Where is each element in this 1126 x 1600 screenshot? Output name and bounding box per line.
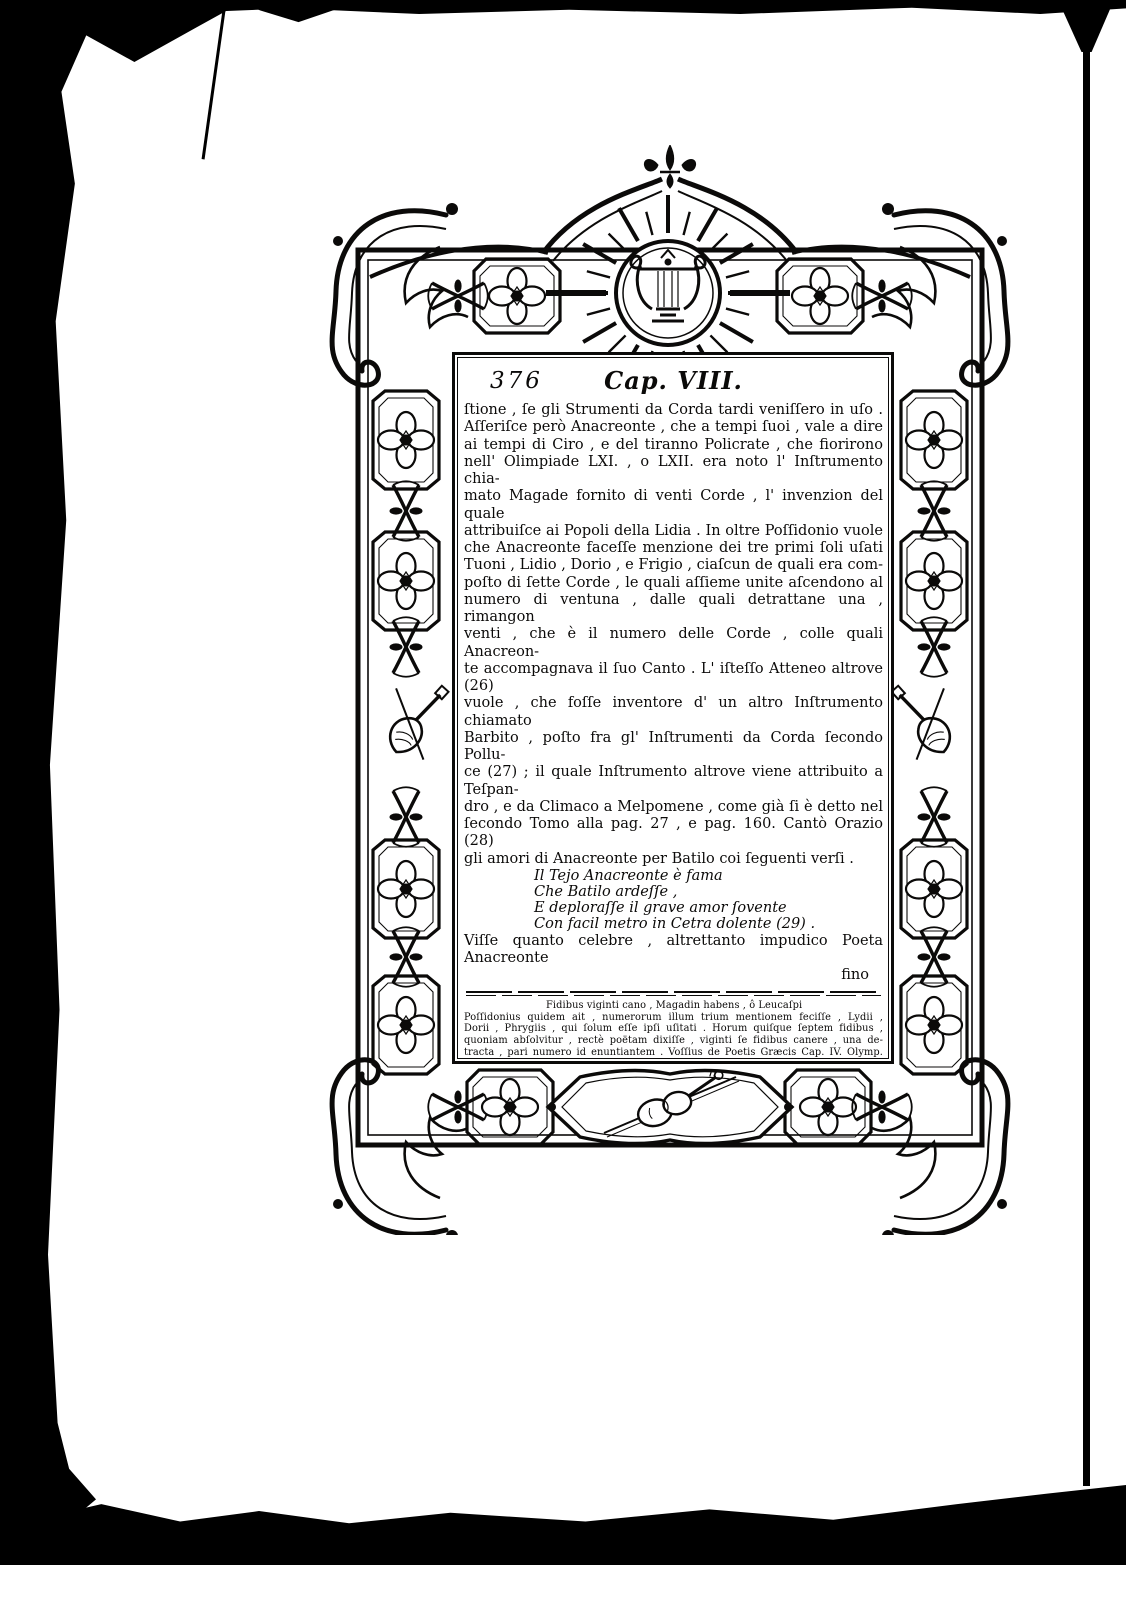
page-header: 376 Cap. VIII. xyxy=(464,364,883,402)
body-line: attribuiſce ai Popoli della Lidia . In o… xyxy=(464,523,883,540)
rosette-panel xyxy=(901,976,967,1074)
crossed-foliage-ornament xyxy=(918,617,951,677)
crossed-foliage-ornament xyxy=(390,617,423,677)
rosette-panel xyxy=(373,976,439,1074)
body-line: nell' Olimpiade LXI. , o LXII. era noto … xyxy=(464,454,883,489)
footnote-line: Poſſidonius quidem ait , numerorum illum… xyxy=(464,1012,883,1024)
lute-icon xyxy=(886,669,967,763)
scan-edge-bottom xyxy=(0,1478,1126,1565)
body-line: numero di ventuna , dalle quali detratta… xyxy=(464,592,883,627)
page-gutter-line xyxy=(1083,8,1090,1486)
crossed-foliage-ornament xyxy=(428,1091,488,1124)
footnote-line: tracta , pari numero id enuntiantem . Vo… xyxy=(464,1047,883,1059)
body-line: poſto di ſette Corde , le quali aſſieme … xyxy=(464,575,883,592)
rosette-panel xyxy=(901,840,967,938)
footnote-line: quoniam abſolvitur , rectè poëtam dixiſſ… xyxy=(464,1035,883,1047)
body-line: che Anacreonte faceſſe menzione dei tre … xyxy=(464,540,883,557)
body-line: ſtione , ſe gli Strumenti da Corda tardi… xyxy=(464,402,883,419)
footnote-separator-rule xyxy=(466,991,881,996)
crossed-foliage-ornament xyxy=(918,927,951,987)
crossed-foliage-ornament xyxy=(390,787,423,847)
rosette-panel xyxy=(373,840,439,938)
body-line: ce (27) ; il quale Inſtrumento altrove v… xyxy=(464,764,883,799)
catchword-row: fino xyxy=(464,967,883,984)
page-number: 376 xyxy=(490,368,543,394)
paper-crease-line xyxy=(202,11,226,160)
chapter-heading: Cap. VIII. xyxy=(604,366,743,395)
rosette-panel xyxy=(785,1070,871,1144)
body-line: te accompagnava il ſuo Canto . L' iſteſſ… xyxy=(464,661,883,696)
rosette-panel xyxy=(901,391,967,489)
catchword: fino xyxy=(841,967,869,983)
crossed-foliage-ornament xyxy=(918,787,951,847)
body-line: dro , e da Climaco a Melpomene , come gi… xyxy=(464,799,883,816)
footnote-line: Dorii , Phrygiis , qui ſolum eſſe ipſi u… xyxy=(464,1023,883,1035)
rosette-panel xyxy=(467,1070,553,1144)
body-text: ſtione , ſe gli Strumenti da Corda tardi… xyxy=(464,402,883,868)
body-line: Barbito , poſto fra gl' Inſtrumenti da C… xyxy=(464,730,883,765)
footnotes-block: Fidibus viginti cano , Magadin habens , … xyxy=(464,1000,883,1059)
verse-line: Con facil metro in Cetra dolente (29) . xyxy=(534,916,883,932)
page-gutter-line xyxy=(1058,0,1114,52)
footnote-line: Fidibus viginti cano , Magadin habens , … xyxy=(546,1000,883,1012)
body-line: gli amori di Anacreonte per Batilo coi ſ… xyxy=(464,851,883,868)
body-line: Tuoni , Lidio , Dorio , e Frigio , ciaſc… xyxy=(464,557,883,574)
body-line: Aſſeriſce però Anacreonte , che a tempi … xyxy=(464,419,883,436)
crossed-foliage-ornament xyxy=(852,1091,912,1124)
body-line: mato Magade fornito di venti Corde , l' … xyxy=(464,488,883,523)
rosette-panel xyxy=(373,391,439,489)
closing-line: Viſſe quanto celebre , altrettanto impud… xyxy=(464,933,883,967)
body-line: ai tempi di Ciro , e del tiranno Policra… xyxy=(464,437,883,454)
scan-edge-left xyxy=(0,0,96,1530)
right-ornament-band xyxy=(886,391,967,1074)
body-line: ſecondo Tomo alla pag. 27 , e pag. 160. … xyxy=(464,816,883,851)
left-ornament-band xyxy=(372,391,453,1074)
verse-block: Il Tejo Anacreonte è famaChe Batilo arde… xyxy=(464,868,883,932)
lute-icon xyxy=(372,669,453,763)
verse-line: Il Tejo Anacreonte è fama xyxy=(534,868,883,884)
scanned-book-page: { "page": { "number": "376", "chapter_he… xyxy=(0,0,1126,1600)
verse-line: Che Batilo ardeſſe , xyxy=(534,884,883,900)
verse-line: E deploraſſe il grave amor ſovente xyxy=(534,900,883,916)
rosette-panel xyxy=(373,532,439,630)
violin-cartouche xyxy=(548,1068,792,1143)
crossed-foliage-ornament xyxy=(390,927,423,987)
corner-flourish xyxy=(332,203,468,385)
body-line: vuole , che foſſe inventore d' un altro … xyxy=(464,695,883,730)
body-line: venti , che è il numero delle Corde , co… xyxy=(464,626,883,661)
text-panel-inner: 376 Cap. VIII. ſtione , ſe gli Strumenti… xyxy=(457,357,889,1059)
bottom-ornament-band xyxy=(428,1068,912,1144)
text-panel: 376 Cap. VIII. ſtione , ſe gli Strumenti… xyxy=(452,352,894,1064)
rosette-panel xyxy=(901,532,967,630)
